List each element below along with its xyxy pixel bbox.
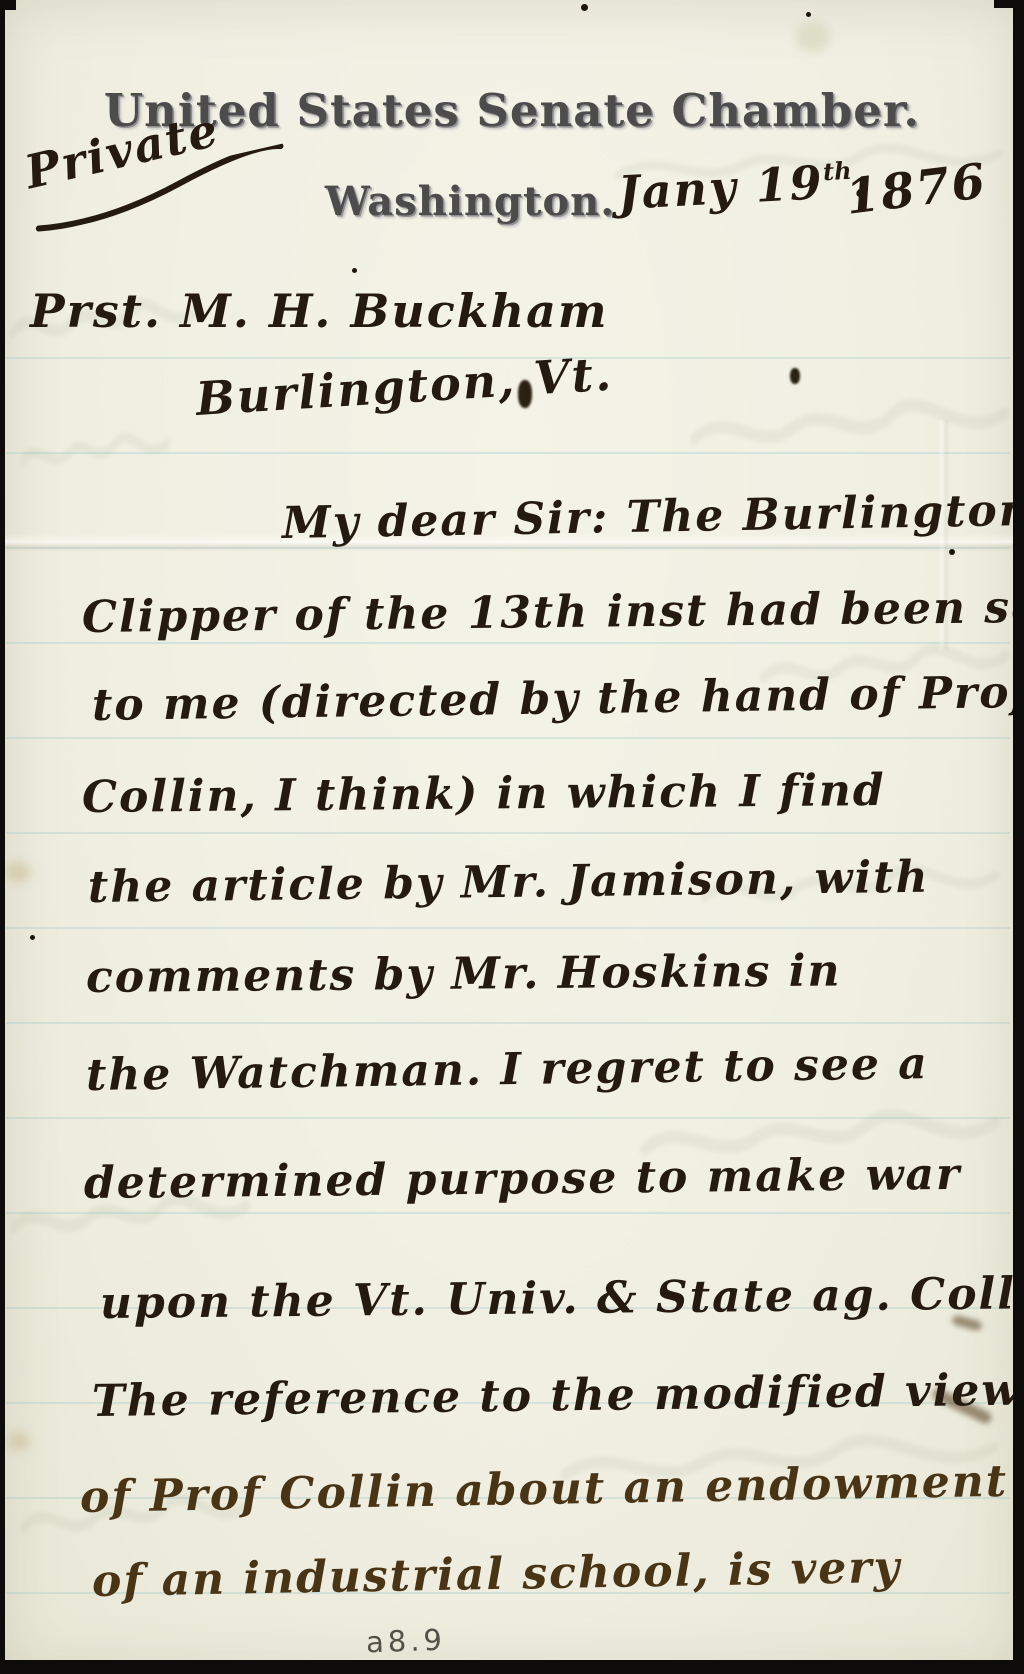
scan-edge-left bbox=[0, 0, 5, 1674]
ruled-line bbox=[6, 1022, 1010, 1024]
body-line: Clipper of the 13th inst had been sent bbox=[82, 581, 1024, 643]
body-line: upon the Vt. Univ. & State ag. Coll. bbox=[100, 1268, 1024, 1329]
ink-speck bbox=[949, 549, 955, 555]
ink-speck bbox=[581, 4, 588, 11]
body-line: determined purpose to make war bbox=[84, 1149, 962, 1209]
scanned-letter: United States Senate Chamber. Washington… bbox=[0, 0, 1024, 1674]
date-day: Jany 19 bbox=[617, 155, 825, 220]
scan-edge-bottom bbox=[0, 1660, 1024, 1674]
paper-stain bbox=[8, 1432, 30, 1450]
ink-speck bbox=[806, 12, 811, 17]
ink-speck bbox=[352, 268, 357, 273]
ruled-line bbox=[6, 927, 1010, 929]
scan-edge-right bbox=[1013, 0, 1024, 1674]
ink-smudge bbox=[790, 368, 800, 384]
archival-mark: a8.9 bbox=[365, 1623, 446, 1660]
scan-edge-corner bbox=[994, 0, 1024, 8]
bleed-through-mark bbox=[20, 430, 170, 480]
ink-speck bbox=[30, 935, 35, 940]
recipient-name: Prst. M. H. Buckham bbox=[30, 284, 609, 338]
bleed-through-mark bbox=[690, 395, 1010, 465]
ruled-line bbox=[6, 832, 1010, 834]
paper-stain bbox=[6, 862, 30, 882]
body-line: the article by Mr. Jamison, with bbox=[88, 852, 930, 913]
body-line: Collin, I think) in which I find bbox=[82, 765, 886, 823]
paper-stain bbox=[796, 22, 830, 52]
body-line: comments by Mr. Hoskins in bbox=[86, 945, 842, 1003]
scan-edge-corner bbox=[0, 0, 16, 10]
ruled-line bbox=[6, 737, 1010, 739]
